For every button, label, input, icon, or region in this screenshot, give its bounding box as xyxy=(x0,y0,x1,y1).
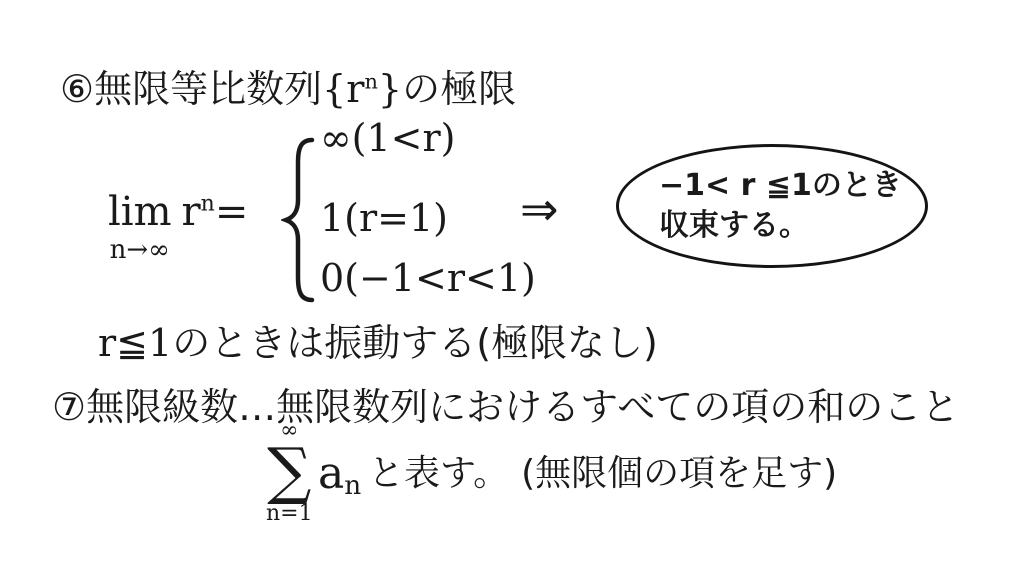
section7-heading: ⑦無限級数…無限数列におけるすべての項の和のこと xyxy=(52,376,959,431)
sigma-icon: ∑ xyxy=(267,442,311,501)
sum-lower-limit: n=1 xyxy=(266,503,313,525)
summation-symbol: ∞ ∑ n=1 xyxy=(266,420,313,525)
equals-sign: = xyxy=(215,189,249,235)
limit-exponent: n xyxy=(201,192,215,217)
section6-heading: ⑥無限等比数列{rn}の極限 xyxy=(60,58,516,113)
implies-arrow-icon: ⇒ xyxy=(520,186,559,232)
note-text: のときは振動する(極限なし) xyxy=(172,321,658,365)
case-r-greater-1: ∞(1<r) xyxy=(320,116,456,160)
lim-subscript: n→∞ xyxy=(110,237,170,263)
heading6-exponent: n xyxy=(364,69,377,93)
oscillation-note: r≦1のときは振動する(極限なし) xyxy=(98,312,658,367)
heading6-jp-lead: ⑥無限等比数列 xyxy=(60,67,322,111)
limit-r: r xyxy=(182,189,201,235)
series-description: と表す。 (無限個の項を足す) xyxy=(368,452,837,495)
term-index: n xyxy=(344,470,361,501)
bubble-conclusion: 収束する。 xyxy=(659,206,925,247)
lim-word: lim xyxy=(108,192,172,232)
series-term: an xyxy=(318,452,361,499)
term-a: a xyxy=(318,448,344,499)
limit-operator: lim n→∞ xyxy=(108,192,172,263)
limit-expression: lim n→∞ rn= xyxy=(108,192,248,263)
math-lesson-slide: ⑥無限等比数列{rn}の極限 lim n→∞ rn= ∞(1<r) 1(r=1)… xyxy=(0,0,1024,576)
series-label: と表す。 xyxy=(368,452,509,495)
heading6-jp-tail: の極限 xyxy=(402,67,516,111)
curly-brace-icon xyxy=(281,136,317,304)
bubble-condition: −1< r ≦1のとき xyxy=(659,166,925,207)
series-parenthetical: (無限個の項を足す) xyxy=(521,452,837,495)
heading6-close-brace: } xyxy=(378,67,402,111)
heading6-open-brace: { xyxy=(322,67,346,111)
limit-operand: rn= xyxy=(182,192,249,232)
case-r-between: 0(−1<r<1) xyxy=(320,256,536,300)
case-r-equals-1: 1(r=1) xyxy=(320,196,448,240)
heading6-math: {rn} xyxy=(322,67,402,111)
note-condition: r≦1 xyxy=(98,321,172,365)
convergence-bubble: −1< r ≦1のとき 収束する。 xyxy=(616,144,928,268)
heading6-r: r xyxy=(346,67,364,111)
